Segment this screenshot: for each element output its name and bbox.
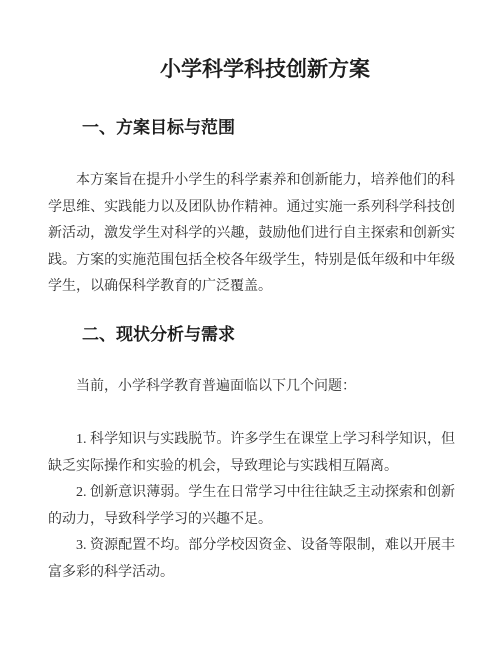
list-item-3: 3. 资源配置不均。部分学校因资金、设备等限制，难以开展丰富多彩的科学活动。 [48, 533, 455, 586]
list-item-1: 1. 科学知识与实践脱节。许多学生在课堂上学习科学知识，但缺乏实际操作和实验的机… [48, 427, 455, 480]
document-title: 小学科学科技创新方案 [75, 58, 455, 82]
section-1-heading: 一、方案目标与范围 [48, 116, 455, 140]
document-page: 小学科学科技创新方案 一、方案目标与范围 本方案旨在提升小学生的科学素养和创新能… [0, 0, 500, 647]
list-item-2: 2. 创新意识薄弱。学生在日常学习中往往缺乏主动探索和创新的动力，导致科学学习的… [48, 480, 455, 533]
section-2-heading: 二、现状分析与需求 [48, 323, 455, 347]
section-1-paragraph: 本方案旨在提升小学生的科学素养和创新能力，培养他们的科学思维、实践能力以及团队协… [48, 168, 455, 301]
section-2-intro: 当前，小学科学教育普遍面临以下几个问题： [48, 374, 455, 401]
